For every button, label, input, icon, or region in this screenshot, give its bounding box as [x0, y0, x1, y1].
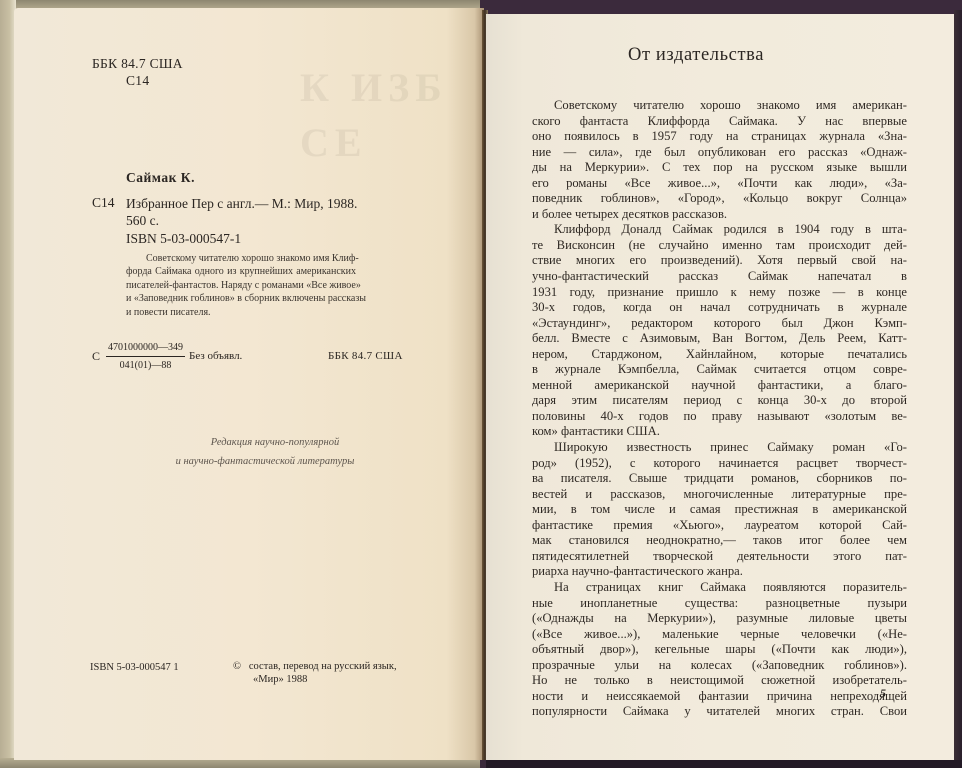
annotation-line: и «Заповедник гоблинов» в сборник включе… [126, 292, 356, 305]
index-numerator: 4701000000—349 [106, 340, 185, 357]
imprint: Избранное Пер с англ.— М.: Мир, 1988. 56… [126, 195, 357, 229]
body-line: менной американской научной фантастики, … [532, 378, 907, 394]
body-line: даря этим писателям период с конца 30-х … [532, 393, 907, 409]
author-name: Саймак К. [126, 170, 195, 185]
index-code: С 4701000000—349 041(01)—88 Без объявл. [92, 340, 242, 373]
body-line: Широкую известность принес Саймаку роман… [532, 440, 907, 456]
index-fraction: 4701000000—349 041(01)—88 [106, 340, 185, 373]
annotation: Советскому читателю хорошо знакомо имя К… [126, 252, 356, 319]
body-line: 1931 году, признание пришло к нему позже… [532, 285, 907, 301]
body-line: учно-фантастический рассказ Саймак напеч… [532, 269, 907, 285]
body-line: вестей и рассказов, многочисленные литер… [532, 487, 907, 503]
body-line: в журнале Кэмпбелла, Саймак считается от… [532, 362, 907, 378]
editorial-line: и научно-фантастической литературы [160, 452, 370, 471]
index-note: Без объявл. [189, 349, 242, 364]
body-line: его романы «Все живое...», «Почти как лю… [532, 176, 907, 192]
body-line: пятидесятилетней творческой деятельности… [532, 549, 907, 565]
body-line: ние — сила», где был опубликован его рас… [532, 145, 907, 161]
annotation-line: писателей-фантастов. Наряду с романами «… [126, 279, 356, 292]
body-line: ком» фантастики США. [532, 424, 907, 440]
body-line: мак становился неоднократно,— таков итог… [532, 533, 907, 549]
bbk-classification: ББК 84.7 США С14 [92, 56, 183, 90]
body-line: ского фантаста Клиффорда Саймака. У нас … [532, 114, 907, 130]
bbk-code: ББК 84.7 США [92, 56, 183, 73]
body-line: и более четырех десятков рассказов. [532, 207, 907, 223]
body-line: Клиффорд Доналд Саймак родился в 1904 го… [532, 222, 907, 238]
bbk-code-secondary: ББК 84.7 США [328, 349, 403, 364]
author-mark: С14 [92, 73, 183, 90]
isbn-bottom: ISBN 5-03-000547 1 [90, 660, 179, 675]
body-line: поведник гоблинов», «Город», «Кольцо вок… [532, 191, 907, 207]
body-line: ности и неиссякаемой фантазии причина не… [532, 689, 907, 705]
book-cover-right-edge [954, 10, 962, 768]
body-line: ные инопланетные существа: разноцветные … [532, 596, 907, 612]
body-line: прозрачные ульи на колесах («Заповедник … [532, 658, 907, 674]
body-line: «Эстаундинг», редактором которого был Дж… [532, 316, 907, 332]
body-line: половины 40-х годов по праву называют «з… [532, 409, 907, 425]
body-line: оно появилось в 1957 году на страницах ж… [532, 129, 907, 145]
body-line: род» (1952), с которого начинается расцв… [532, 456, 907, 472]
body-line: На страницах книг Саймака появляются пор… [532, 580, 907, 596]
background-bottom [486, 760, 962, 768]
body-line: ды на Меркурии». С тех пор на русском яз… [532, 160, 907, 176]
annotation-line: и повести писателя. [126, 306, 356, 319]
annotation-line: Советскому читателю хорошо знакомо имя К… [126, 252, 356, 265]
body-line: популярности Саймака у читателей многих … [532, 704, 907, 720]
body-line: объятный двор»), кегельные шары («Почти … [532, 642, 907, 658]
body-line: фантастике премия «Хьюго», лауреатом кот… [532, 518, 907, 534]
body-line: риарха научно-фантастического жанра. [532, 564, 907, 580]
body-line: мии, в том числе и самая престижная в ам… [532, 502, 907, 518]
body-line: 30-х годов, когда он начал сотрудничать … [532, 300, 907, 316]
body-line: нером, Старджоном, Хайнлайном, которые п… [532, 347, 907, 363]
body-line: («Все живое...»), маленькие черные челов… [532, 627, 907, 643]
body-line: ствие многих его произведений). Хотя пер… [532, 253, 907, 269]
body-line: Советскому читателю хорошо знакомо имя а… [532, 98, 907, 114]
copyright-notice: © состав, перевод на русский язык, «Мир»… [233, 660, 397, 686]
copyright-symbol: © [233, 661, 241, 672]
catalog-mark: С14 [92, 195, 115, 210]
body-line: Но не только в неистощимой сюжетной изоб… [532, 673, 907, 689]
page-number: 5 [880, 686, 886, 701]
editorial-department: Редакция научно-популярной и научно-фант… [160, 433, 370, 471]
isbn: ISBN 5-03-000547-1 [126, 231, 241, 246]
copyright-line: состав, перевод на русский язык, [249, 661, 397, 672]
body-line: белл. Вместе с Азимовым, Ван Вогтом, Дел… [532, 331, 907, 347]
page-title: От издательства [628, 45, 764, 66]
show-through-text: К ИЗБСЕ [300, 60, 470, 180]
imprint-line: Избранное Пер с англ.— М.: Мир, 1988. [126, 195, 357, 212]
body-line: те Висконсин (не случайно именно там про… [532, 238, 907, 254]
editorial-line: Редакция научно-популярной [160, 433, 370, 452]
imprint-line: 560 с. [126, 212, 357, 229]
index-denominator: 041(01)—88 [120, 357, 172, 373]
copyright-line: «Мир» 1988 [233, 673, 397, 686]
body-text: Советскому читателю хорошо знакомо имя а… [532, 98, 907, 720]
annotation-line: форда Саймака одного из крупнейших амери… [126, 265, 356, 278]
body-line: ва писателя. Свыше тридцати романов, сбо… [532, 471, 907, 487]
body-line: («Однажды на Меркурии»), разумные лиловы… [532, 611, 907, 627]
index-letter: С [92, 349, 100, 364]
